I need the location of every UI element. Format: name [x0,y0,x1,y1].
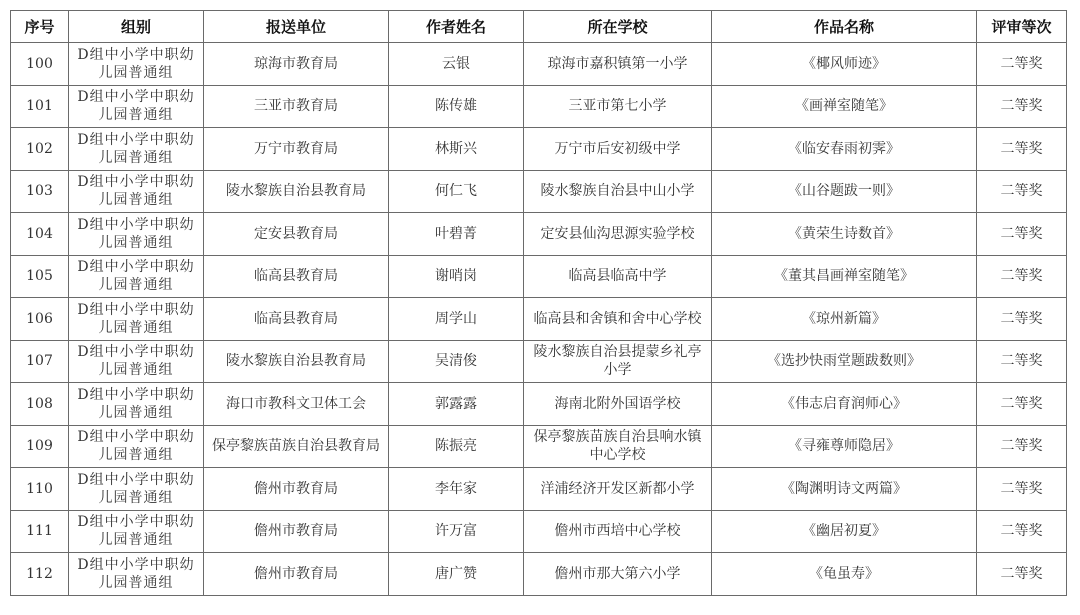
award-level-cell: 二等奖 [977,510,1067,553]
award-level-cell: 二等奖 [977,298,1067,341]
group-cell: D组中小学中职幼儿园普通组 [69,468,204,511]
work-title-cell: 《寻雍尊师隐居》 [712,425,977,468]
work-title-cell: 《选抄快雨堂题跋数则》 [712,340,977,383]
school-cell: 儋州市西培中心学校 [524,510,712,553]
author-name-cell: 唐广赞 [389,553,524,596]
submitting-unit-cell: 儋州市教育局 [204,468,389,511]
group-cell: D组中小学中职幼儿园普通组 [69,85,204,128]
serial-number-cell: 102 [11,128,69,171]
table-row: 100D组中小学中职幼儿园普通组琼海市教育局云银琼海市嘉积镇第一小学《椰风师迹》… [11,43,1067,86]
serial-number-cell: 103 [11,170,69,213]
submitting-unit-cell: 临高县教育局 [204,255,389,298]
header-submitting-unit: 报送单位 [204,11,389,43]
work-title-cell: 《临安春雨初霁》 [712,128,977,171]
work-title-cell: 《幽居初夏》 [712,510,977,553]
work-title-cell: 《陶渊明诗文两篇》 [712,468,977,511]
serial-number-cell: 111 [11,510,69,553]
serial-number-cell: 101 [11,85,69,128]
school-cell: 定安县仙沟思源实验学校 [524,213,712,256]
group-cell: D组中小学中职幼儿园普通组 [69,510,204,553]
award-table: 序号 组别 报送单位 作者姓名 所在学校 作品名称 评审等次 100D组中小学中… [10,10,1067,596]
table-row: 107D组中小学中职幼儿园普通组陵水黎族自治县教育局吴清俊陵水黎族自治县提蒙乡礼… [11,340,1067,383]
school-cell: 万宁市后安初级中学 [524,128,712,171]
table-row: 101D组中小学中职幼儿园普通组三亚市教育局陈传雄三亚市第七小学《画禅室随笔》二… [11,85,1067,128]
author-name-cell: 郭露露 [389,383,524,426]
group-cell: D组中小学中职幼儿园普通组 [69,383,204,426]
group-cell: D组中小学中职幼儿园普通组 [69,213,204,256]
submitting-unit-cell: 万宁市教育局 [204,128,389,171]
submitting-unit-cell: 儋州市教育局 [204,510,389,553]
table-row: 106D组中小学中职幼儿园普通组临高县教育局周学山临高县和舍镇和舍中心学校《琼州… [11,298,1067,341]
submitting-unit-cell: 定安县教育局 [204,213,389,256]
table-body: 100D组中小学中职幼儿园普通组琼海市教育局云银琼海市嘉积镇第一小学《椰风师迹》… [11,43,1067,596]
work-title-cell: 《董其昌画禅室随笔》 [712,255,977,298]
school-cell: 临高县临高中学 [524,255,712,298]
submitting-unit-cell: 保亭黎族苗族自治县教育局 [204,425,389,468]
header-serial-number: 序号 [11,11,69,43]
author-name-cell: 林斯兴 [389,128,524,171]
group-cell: D组中小学中职幼儿园普通组 [69,255,204,298]
group-cell: D组中小学中职幼儿园普通组 [69,340,204,383]
header-author-name: 作者姓名 [389,11,524,43]
submitting-unit-cell: 陵水黎族自治县教育局 [204,170,389,213]
award-level-cell: 二等奖 [977,85,1067,128]
school-cell: 洋浦经济开发区新都小学 [524,468,712,511]
work-title-cell: 《山谷题跋一则》 [712,170,977,213]
award-level-cell: 二等奖 [977,383,1067,426]
table-row: 103D组中小学中职幼儿园普通组陵水黎族自治县教育局何仁飞陵水黎族自治县中山小学… [11,170,1067,213]
group-cell: D组中小学中职幼儿园普通组 [69,425,204,468]
table-row: 109D组中小学中职幼儿园普通组保亭黎族苗族自治县教育局陈振亮保亭黎族苗族自治县… [11,425,1067,468]
header-work-title: 作品名称 [712,11,977,43]
school-cell: 儋州市那大第六小学 [524,553,712,596]
award-list-sheet: 序号 组别 报送单位 作者姓名 所在学校 作品名称 评审等次 100D组中小学中… [10,10,1066,596]
author-name-cell: 陈振亮 [389,425,524,468]
work-title-cell: 《椰风师迹》 [712,43,977,86]
award-level-cell: 二等奖 [977,340,1067,383]
school-cell: 临高县和舍镇和舍中心学校 [524,298,712,341]
author-name-cell: 陈传雄 [389,85,524,128]
serial-number-cell: 107 [11,340,69,383]
table-row: 110D组中小学中职幼儿园普通组儋州市教育局李年家洋浦经济开发区新都小学《陶渊明… [11,468,1067,511]
work-title-cell: 《龟虽寿》 [712,553,977,596]
serial-number-cell: 105 [11,255,69,298]
submitting-unit-cell: 儋州市教育局 [204,553,389,596]
header-group: 组别 [69,11,204,43]
award-level-cell: 二等奖 [977,425,1067,468]
group-cell: D组中小学中职幼儿园普通组 [69,43,204,86]
author-name-cell: 谢哨岗 [389,255,524,298]
serial-number-cell: 109 [11,425,69,468]
serial-number-cell: 100 [11,43,69,86]
serial-number-cell: 104 [11,213,69,256]
group-cell: D组中小学中职幼儿园普通组 [69,553,204,596]
serial-number-cell: 112 [11,553,69,596]
author-name-cell: 叶碧菁 [389,213,524,256]
work-title-cell: 《画禅室随笔》 [712,85,977,128]
table-row: 104D组中小学中职幼儿园普通组定安县教育局叶碧菁定安县仙沟思源实验学校《黄荣生… [11,213,1067,256]
group-cell: D组中小学中职幼儿园普通组 [69,128,204,171]
award-level-cell: 二等奖 [977,213,1067,256]
author-name-cell: 云银 [389,43,524,86]
serial-number-cell: 110 [11,468,69,511]
group-cell: D组中小学中职幼儿园普通组 [69,298,204,341]
school-cell: 海南北附外国语学校 [524,383,712,426]
submitting-unit-cell: 琼海市教育局 [204,43,389,86]
school-cell: 保亭黎族苗族自治县响水镇中心学校 [524,425,712,468]
table-row: 111D组中小学中职幼儿园普通组儋州市教育局许万富儋州市西培中心学校《幽居初夏》… [11,510,1067,553]
author-name-cell: 许万富 [389,510,524,553]
work-title-cell: 《琼州新篇》 [712,298,977,341]
group-cell: D组中小学中职幼儿园普通组 [69,170,204,213]
header-award-level: 评审等次 [977,11,1067,43]
table-row: 112D组中小学中职幼儿园普通组儋州市教育局唐广赞儋州市那大第六小学《龟虽寿》二… [11,553,1067,596]
submitting-unit-cell: 临高县教育局 [204,298,389,341]
author-name-cell: 李年家 [389,468,524,511]
award-level-cell: 二等奖 [977,43,1067,86]
award-level-cell: 二等奖 [977,128,1067,171]
serial-number-cell: 106 [11,298,69,341]
table-row: 105D组中小学中职幼儿园普通组临高县教育局谢哨岗临高县临高中学《董其昌画禅室随… [11,255,1067,298]
author-name-cell: 吴清俊 [389,340,524,383]
table-header-row: 序号 组别 报送单位 作者姓名 所在学校 作品名称 评审等次 [11,11,1067,43]
serial-number-cell: 108 [11,383,69,426]
submitting-unit-cell: 海口市教科文卫体工会 [204,383,389,426]
table-row: 102D组中小学中职幼儿园普通组万宁市教育局林斯兴万宁市后安初级中学《临安春雨初… [11,128,1067,171]
submitting-unit-cell: 三亚市教育局 [204,85,389,128]
author-name-cell: 周学山 [389,298,524,341]
award-level-cell: 二等奖 [977,255,1067,298]
award-level-cell: 二等奖 [977,170,1067,213]
school-cell: 三亚市第七小学 [524,85,712,128]
header-school: 所在学校 [524,11,712,43]
work-title-cell: 《黄荣生诗数首》 [712,213,977,256]
submitting-unit-cell: 陵水黎族自治县教育局 [204,340,389,383]
work-title-cell: 《伟志启育润师心》 [712,383,977,426]
table-row: 108D组中小学中职幼儿园普通组海口市教科文卫体工会郭露露海南北附外国语学校《伟… [11,383,1067,426]
author-name-cell: 何仁飞 [389,170,524,213]
school-cell: 陵水黎族自治县中山小学 [524,170,712,213]
school-cell: 琼海市嘉积镇第一小学 [524,43,712,86]
award-level-cell: 二等奖 [977,553,1067,596]
award-level-cell: 二等奖 [977,468,1067,511]
school-cell: 陵水黎族自治县提蒙乡礼亭小学 [524,340,712,383]
